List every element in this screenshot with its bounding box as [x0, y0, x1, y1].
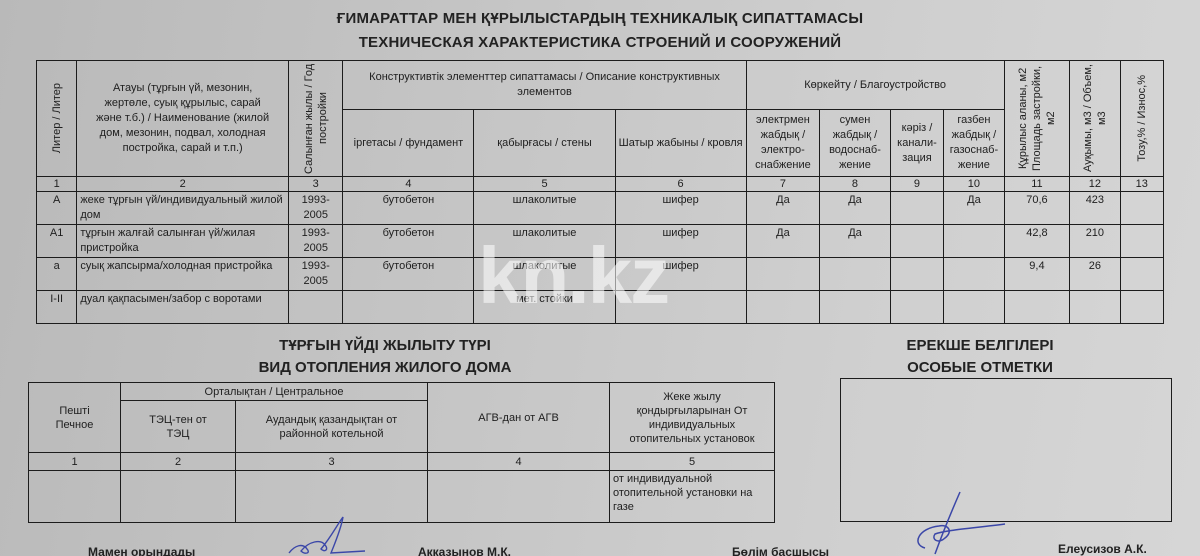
cell-area: 9,4 [1004, 258, 1070, 291]
header-wear: Тозу,% / Износ,% [1120, 61, 1163, 177]
cell-gas [944, 225, 1004, 258]
header-construct-group: Конструктивтік элементтер сипаттамасы / … [343, 61, 746, 110]
cell-year: 1993-2005 [289, 192, 343, 225]
cell-gas [944, 291, 1004, 324]
header-district: Аудандық қазандықтан от районной котельн… [236, 401, 428, 453]
cell-water [820, 291, 891, 324]
cell-foundation: бутобетон [343, 192, 474, 225]
notes-title: ЕРЕКШЕ БЕЛГІЛЕРІ ОСОБЫЕ ОТМЕТКИ [850, 335, 1110, 379]
cell-sewer [890, 291, 943, 324]
cell-walls: шлаколитые [474, 192, 615, 225]
cell-electric [746, 258, 820, 291]
header-central-group: Орталықтан / Центральное [121, 383, 428, 401]
column-number: 12 [1070, 177, 1120, 192]
header-gas: газбен жабдық / газоснаб-жение [944, 110, 1004, 177]
header-walls: қабырғасы / стены [474, 110, 615, 177]
header-sewer: кәріз / канали-зация [890, 110, 943, 177]
cell-liter: А1 [37, 225, 77, 258]
header-name: Атауы (тұрғын үй, мезонин, жертөле, суық… [77, 61, 289, 177]
header-improve-group: Көркейту / Благоустройство [746, 61, 1004, 110]
footer-right-name: Елеусизов А.К. [1058, 542, 1147, 556]
column-number: 1 [37, 177, 77, 192]
header-foundation: іргетасы / фундамент [343, 110, 474, 177]
footer-left-role: Мамен орындады [88, 545, 195, 556]
cell-electric [746, 291, 820, 324]
cell-area: 70,6 [1004, 192, 1070, 225]
cell-year: 1993-2005 [289, 225, 343, 258]
cell-volume: 26 [1070, 258, 1120, 291]
column-number-row: 12345678910111213 [37, 177, 1164, 192]
cell-liter: А [37, 192, 77, 225]
column-number: 6 [615, 177, 746, 192]
cell-wear [1120, 258, 1163, 291]
cell-sewer [890, 225, 943, 258]
table-row: I-IIдуал қақпасымен/забор с воротамимет.… [37, 291, 1164, 324]
header-agv: АГВ-дан от АГВ [428, 383, 610, 453]
heating-stove-value [29, 471, 121, 523]
cell-roof: шифер [615, 225, 746, 258]
cell-name: тұрғын жалғай салынған үй/жилая пристрой… [77, 225, 289, 258]
heating-column-number: 1 [29, 453, 121, 471]
cell-sewer [890, 258, 943, 291]
column-number: 2 [77, 177, 289, 192]
column-number: 10 [944, 177, 1004, 192]
header-stove: Пешті Печное [29, 383, 121, 453]
cell-gas: Да [944, 192, 1004, 225]
heating-column-number: 2 [121, 453, 236, 471]
cell-volume: 423 [1070, 192, 1120, 225]
column-number: 4 [343, 177, 474, 192]
signature-right-icon [905, 488, 1015, 556]
cell-volume: 210 [1070, 225, 1120, 258]
heating-column-number: 3 [236, 453, 428, 471]
heating-column-number: 4 [428, 453, 610, 471]
cell-foundation: бутобетон [343, 258, 474, 291]
column-number: 11 [1004, 177, 1070, 192]
heating-agv-value [428, 471, 610, 523]
cell-water [820, 258, 891, 291]
cell-roof: шифер [615, 258, 746, 291]
cell-roof: шифер [615, 192, 746, 225]
cell-year [289, 291, 343, 324]
cell-name: дуал қақпасымен/забор с воротами [77, 291, 289, 324]
document-title-kz: ҒИМАРАТТАР МЕН ҚҰРЫЛЫСТАРДЫҢ ТЕХНИКАЛЫҚ … [0, 10, 1200, 27]
cell-walls: шлаколитые [474, 258, 615, 291]
column-number: 7 [746, 177, 820, 192]
cell-year: 1993-2005 [289, 258, 343, 291]
signature-left-icon [285, 515, 375, 556]
footer-right-role: Бөлім басшысы [732, 545, 829, 556]
cell-gas [944, 258, 1004, 291]
cell-area: 42,8 [1004, 225, 1070, 258]
cell-liter: I-II [37, 291, 77, 324]
heating-tec-value [121, 471, 236, 523]
header-area: Құрылыс аланы, м2 Площадь застройки, м2 [1004, 61, 1070, 177]
footer-left-name: Акказынов М.К. [418, 545, 511, 556]
header-tec: ТЭЦ-тен от ТЭЦ [121, 401, 236, 453]
cell-volume [1070, 291, 1120, 324]
buildings-table: Литер / Литер Атауы (тұрғын үй, мезонин,… [36, 60, 1164, 324]
header-liter: Литер / Литер [37, 61, 77, 177]
header-electric: электрмен жабдық / электро-снабжение [746, 110, 820, 177]
heating-value-row: от индивидуальной отопительной установки… [29, 471, 775, 523]
cell-sewer [890, 192, 943, 225]
table-row: А1тұрғын жалғай салынған үй/жилая пристр… [37, 225, 1164, 258]
document-title-ru: ТЕХНИЧЕСКАЯ ХАРАКТЕРИСТИКА СТРОЕНИЙ И СО… [0, 34, 1200, 51]
cell-walls: мет. стойки [474, 291, 615, 324]
heating-table: Пешті Печное Орталықтан / Центральное АГ… [28, 382, 775, 523]
column-number: 13 [1120, 177, 1163, 192]
cell-walls: шлаколитые [474, 225, 615, 258]
column-number: 5 [474, 177, 615, 192]
cell-area [1004, 291, 1070, 324]
table-row: Ажеке тұрғын үй/индивидуальный жилой дом… [37, 192, 1164, 225]
cell-foundation [343, 291, 474, 324]
cell-wear [1120, 225, 1163, 258]
heating-title: ТҰРҒЫН ҮЙДІ ЖЫЛЫТУ ТҮРІ ВИД ОТОПЛЕНИЯ ЖИ… [150, 335, 620, 379]
column-number: 3 [289, 177, 343, 192]
heating-column-number-row: 12345 [29, 453, 775, 471]
cell-water: Да [820, 192, 891, 225]
header-year: Салынған жылы / Год постройки [289, 61, 343, 177]
cell-wear [1120, 192, 1163, 225]
column-number: 8 [820, 177, 891, 192]
cell-name: жеке тұрғын үй/индивидуальный жилой дом [77, 192, 289, 225]
header-individual: Жеке жылу қондырғыларынан От индивидуаль… [610, 383, 775, 453]
cell-water: Да [820, 225, 891, 258]
cell-liter: а [37, 258, 77, 291]
cell-roof [615, 291, 746, 324]
heating-individual-value: от индивидуальной отопительной установки… [610, 471, 775, 523]
table-row: асуық жапсырма/холодная пристройка1993-2… [37, 258, 1164, 291]
cell-electric: Да [746, 225, 820, 258]
header-roof: Шатыр жабыны / кровля [615, 110, 746, 177]
cell-wear [1120, 291, 1163, 324]
header-water: сумен жабдық / водоснаб-жение [820, 110, 891, 177]
column-number: 9 [890, 177, 943, 192]
heating-column-number: 5 [610, 453, 775, 471]
header-volume: Ауқымы, м3 / Объем, м3 [1070, 61, 1120, 177]
cell-electric: Да [746, 192, 820, 225]
cell-name: суық жапсырма/холодная пристройка [77, 258, 289, 291]
cell-foundation: бутобетон [343, 225, 474, 258]
